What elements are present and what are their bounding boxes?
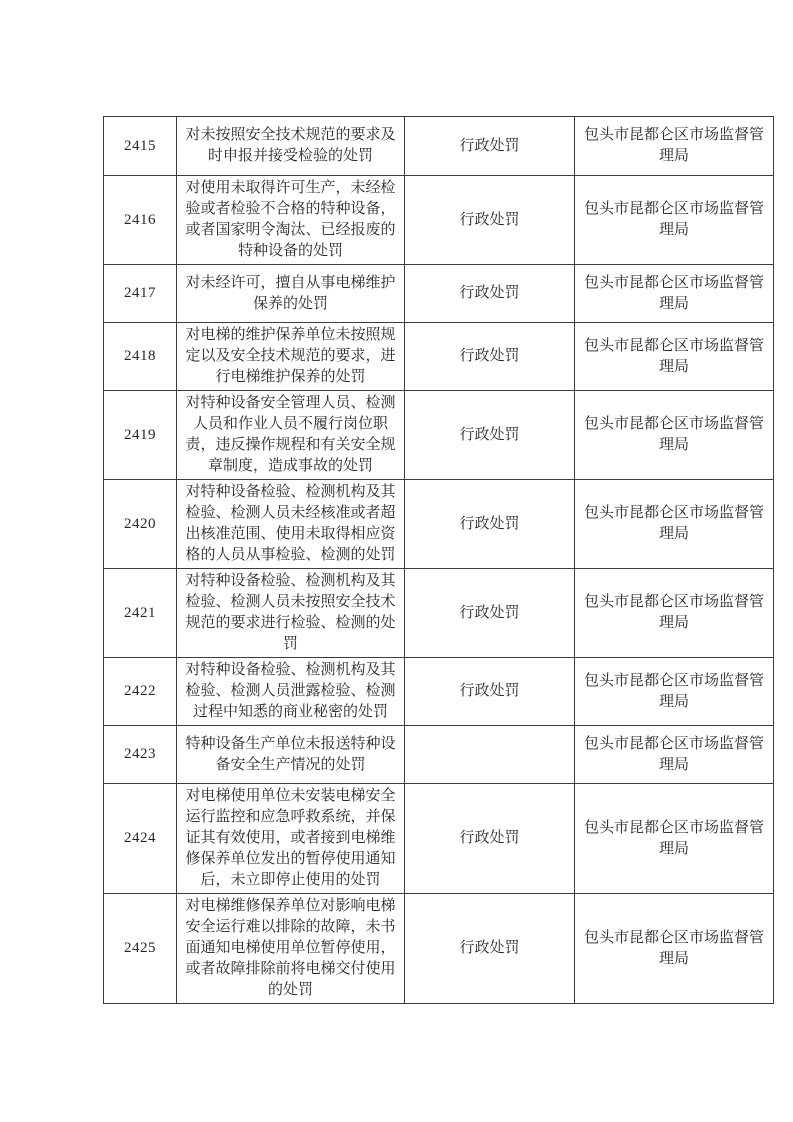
cell-item-id: 2423: [104, 726, 177, 784]
cell-penalty-matter: 对特种设备检验、检测机构及其检验、检测人员未按照安全技术规范的要求进行检验、检测…: [177, 569, 405, 658]
cell-item-id: 2418: [104, 323, 177, 391]
cell-penalty-matter: 特种设备生产单位未报送特种设备安全生产情况的处罚: [177, 726, 405, 784]
cell-authority: 包头市昆都仑区市场监督管理局: [575, 784, 774, 894]
cell-item-id: 2422: [104, 658, 177, 726]
cell-authority: 包头市昆都仑区市场监督管理局: [575, 569, 774, 658]
cell-authority: 包头市昆都仑区市场监督管理局: [575, 176, 774, 265]
cell-authority: 包头市昆都仑区市场监督管理局: [575, 117, 774, 176]
cell-authority: 包头市昆都仑区市场监督管理局: [575, 480, 774, 569]
table-row: 2416对使用未取得许可生产，未经检验或者检验不合格的特种设备，或者国家明令淘汰…: [104, 176, 774, 265]
cell-penalty-type: [405, 726, 575, 784]
document-page: 2415对未按照安全技术规范的要求及时申报并接受检验的处罚行政处罚包头市昆都仑区…: [0, 0, 793, 1122]
penalty-items-table: 2415对未按照安全技术规范的要求及时申报并接受检验的处罚行政处罚包头市昆都仑区…: [103, 116, 774, 1004]
cell-penalty-matter: 对特种设备安全管理人员、检测人员和作业人员不履行岗位职责，违反操作规程和有关安全…: [177, 391, 405, 480]
cell-penalty-matter: 对未按照安全技术规范的要求及时申报并接受检验的处罚: [177, 117, 405, 176]
cell-item-id: 2417: [104, 265, 177, 323]
cell-item-id: 2420: [104, 480, 177, 569]
cell-penalty-type: 行政处罚: [405, 391, 575, 480]
table-row: 2415对未按照安全技术规范的要求及时申报并接受检验的处罚行政处罚包头市昆都仑区…: [104, 117, 774, 176]
cell-penalty-matter: 对特种设备检验、检测机构及其检验、检测人员未经核准或者超出核准范围、使用未取得相…: [177, 480, 405, 569]
cell-authority: 包头市昆都仑区市场监督管理局: [575, 658, 774, 726]
cell-penalty-type: 行政处罚: [405, 569, 575, 658]
cell-penalty-type: 行政处罚: [405, 480, 575, 569]
cell-penalty-matter: 对未经许可，擅自从事电梯维护保养的处罚: [177, 265, 405, 323]
cell-item-id: 2421: [104, 569, 177, 658]
table-row: 2425对电梯维修保养单位对影响电梯安全运行难以排除的故障，未书面通知电梯使用单…: [104, 894, 774, 1004]
table-row: 2417对未经许可，擅自从事电梯维护保养的处罚行政处罚包头市昆都仑区市场监督管理…: [104, 265, 774, 323]
cell-penalty-type: 行政处罚: [405, 176, 575, 265]
cell-penalty-type: 行政处罚: [405, 658, 575, 726]
table-row: 2418对电梯的维护保养单位未按照规定以及安全技术规范的要求，进行电梯维护保养的…: [104, 323, 774, 391]
cell-penalty-type: 行政处罚: [405, 894, 575, 1004]
cell-authority: 包头市昆都仑区市场监督管理局: [575, 391, 774, 480]
table-row: 2420对特种设备检验、检测机构及其检验、检测人员未经核准或者超出核准范围、使用…: [104, 480, 774, 569]
cell-item-id: 2419: [104, 391, 177, 480]
cell-penalty-type: 行政处罚: [405, 323, 575, 391]
cell-penalty-matter: 对电梯维修保养单位对影响电梯安全运行难以排除的故障，未书面通知电梯使用单位暂停使…: [177, 894, 405, 1004]
cell-penalty-matter: 对电梯使用单位未安装电梯安全运行监控和应急呼救系统，并保证其有效使用，或者接到电…: [177, 784, 405, 894]
cell-penalty-type: 行政处罚: [405, 784, 575, 894]
cell-penalty-matter: 对使用未取得许可生产，未经检验或者检验不合格的特种设备，或者国家明令淘汰、已经报…: [177, 176, 405, 265]
cell-authority: 包头市昆都仑区市场监督管理局: [575, 894, 774, 1004]
cell-authority: 包头市昆都仑区市场监督管理局: [575, 726, 774, 784]
table-row: 2424对电梯使用单位未安装电梯安全运行监控和应急呼救系统，并保证其有效使用，或…: [104, 784, 774, 894]
table-body: 2415对未按照安全技术规范的要求及时申报并接受检验的处罚行政处罚包头市昆都仑区…: [104, 117, 774, 1004]
cell-item-id: 2425: [104, 894, 177, 1004]
cell-item-id: 2415: [104, 117, 177, 176]
cell-item-id: 2416: [104, 176, 177, 265]
table-row: 2419对特种设备安全管理人员、检测人员和作业人员不履行岗位职责，违反操作规程和…: [104, 391, 774, 480]
cell-penalty-matter: 对电梯的维护保养单位未按照规定以及安全技术规范的要求，进行电梯维护保养的处罚: [177, 323, 405, 391]
table-row: 2422对特种设备检验、检测机构及其检验、检测人员泄露检验、检测过程中知悉的商业…: [104, 658, 774, 726]
cell-authority: 包头市昆都仑区市场监督管理局: [575, 323, 774, 391]
cell-penalty-type: 行政处罚: [405, 265, 575, 323]
cell-penalty-matter: 对特种设备检验、检测机构及其检验、检测人员泄露检验、检测过程中知悉的商业秘密的处…: [177, 658, 405, 726]
cell-item-id: 2424: [104, 784, 177, 894]
cell-penalty-type: 行政处罚: [405, 117, 575, 176]
table-row: 2423特种设备生产单位未报送特种设备安全生产情况的处罚包头市昆都仑区市场监督管…: [104, 726, 774, 784]
table-row: 2421对特种设备检验、检测机构及其检验、检测人员未按照安全技术规范的要求进行检…: [104, 569, 774, 658]
cell-authority: 包头市昆都仑区市场监督管理局: [575, 265, 774, 323]
